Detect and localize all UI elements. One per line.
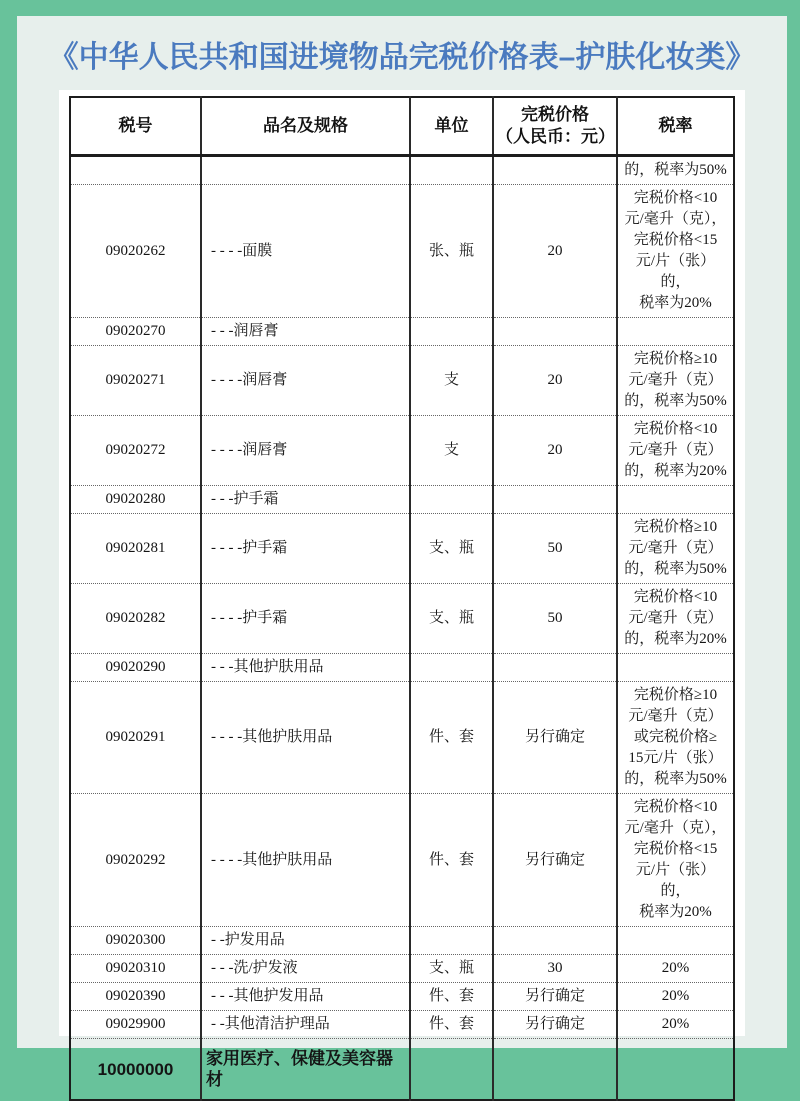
cell-unit: 件、套: [410, 794, 493, 927]
table-row: 09029900 - -其他清洁护理品 件、套 另行确定 20%: [70, 1011, 734, 1039]
table-row: 09020310 - - -洗/护发液 支、瓶 30 20%: [70, 955, 734, 983]
cell-name: - - -洗/护发液: [201, 955, 410, 983]
cell-rate: 完税价格<10 元/毫升（克） 的，税率为20%: [617, 584, 734, 654]
cell-price: 20: [493, 185, 617, 318]
col-header-tax-no: 税号: [70, 97, 201, 156]
cell-rate: 完税价格≥10 元/毫升（克） 的，税率为50%: [617, 514, 734, 584]
cell-unit: 件、套: [410, 682, 493, 794]
cell-price: 20: [493, 416, 617, 486]
cell-unit: 支、瓶: [410, 584, 493, 654]
cell-price: 另行确定: [493, 1011, 617, 1039]
table-card: 税号 品名及规格 单位 完税价格 （人民币：元） 税率 的，税率为50% 090…: [59, 90, 745, 1036]
cell-name: - -其他清洁护理品: [201, 1011, 410, 1039]
cell-tax-no: 09020272: [70, 416, 201, 486]
table-row: 09020291 - - - -其他护肤用品 件、套 另行确定 完税价格≥10 …: [70, 682, 734, 794]
cell-tax-no: 09020271: [70, 346, 201, 416]
cell-rate: 20%: [617, 1011, 734, 1039]
cell-price: [493, 654, 617, 682]
table-row: 09020281 - - - -护手霜 支、瓶 50 完税价格≥10 元/毫升（…: [70, 514, 734, 584]
cell-name: [201, 156, 410, 185]
table-row: 09020271 - - - -润唇膏 支 20 完税价格≥10 元/毫升（克）…: [70, 346, 734, 416]
cell-price: [493, 486, 617, 514]
cell-unit: 张、瓶: [410, 185, 493, 318]
table-row: 09020390 - - -其他护发用品 件、套 另行确定 20%: [70, 983, 734, 1011]
cell-unit: [410, 654, 493, 682]
cell-rate: 完税价格<10 元/毫升（克）， 完税价格<15 元/片（张）的， 税率为20%: [617, 185, 734, 318]
cell-rate: [617, 927, 734, 955]
table-row: 10000000 家用医疗、保健及美容器材: [70, 1039, 734, 1068]
cell-name: - - - -面膜: [201, 185, 410, 318]
cell-price: 另行确定: [493, 983, 617, 1011]
cell-unit: [410, 1039, 493, 1068]
cell-price: [493, 1039, 617, 1068]
cell-tax-no: 09020310: [70, 955, 201, 983]
col-header-unit: 单位: [410, 97, 493, 156]
page-title: 《中华人民共和国进境物品完税价格表–护肤化妆类》: [17, 16, 787, 76]
cell-unit: 支: [410, 346, 493, 416]
cell-tax-no: 09020300: [70, 927, 201, 955]
cell-rate: [617, 1039, 734, 1068]
cell-unit: 支: [410, 416, 493, 486]
cell-rate: 20%: [617, 955, 734, 983]
cell-price: [493, 318, 617, 346]
col-header-tax-rate: 税率: [617, 97, 734, 156]
cell-name: - - - -润唇膏: [201, 416, 410, 486]
cell-unit: [410, 486, 493, 514]
cell-tax-no: 09020282: [70, 584, 201, 654]
cell-unit: [410, 318, 493, 346]
cell-unit: 支、瓶: [410, 514, 493, 584]
cell-price: [493, 156, 617, 185]
cell-unit: 支、瓶: [410, 955, 493, 983]
cell-tax-no: 09020290: [70, 654, 201, 682]
cell-name: 家用医疗、保健及美容器材: [201, 1039, 410, 1068]
cell-unit: 件、套: [410, 983, 493, 1011]
cell-rate: 完税价格≥10 元/毫升（克） 或完税价格≥ 15元/片（张） 的，税率为50%: [617, 682, 734, 794]
cell-tax-no: 09029900: [70, 1011, 201, 1039]
cell-tax-no: 09020291: [70, 682, 201, 794]
cell-name: - - - -护手霜: [201, 514, 410, 584]
table-row: 09020292 - - - -其他护肤用品 件、套 另行确定 完税价格<10 …: [70, 794, 734, 927]
cell-name: - - -润唇膏: [201, 318, 410, 346]
cell-name: - - -护手霜: [201, 486, 410, 514]
table-row: 09020270 - - -润唇膏: [70, 318, 734, 346]
col-header-dutiable-price: 完税价格 （人民币：元）: [493, 97, 617, 156]
cell-rate: 20%: [617, 983, 734, 1011]
cell-unit: 件、套: [410, 1011, 493, 1039]
cell-tax-no: [70, 156, 201, 185]
col-header-name-spec: 品名及规格: [201, 97, 410, 156]
table-row: 09020272 - - - -润唇膏 支 20 完税价格<10 元/毫升（克）…: [70, 416, 734, 486]
cell-rate: 的，税率为50%: [617, 156, 734, 185]
cell-tax-no: 09020292: [70, 794, 201, 927]
table-row: 09020282 - - - -护手霜 支、瓶 50 完税价格<10 元/毫升（…: [70, 584, 734, 654]
table-row: 09020290 - - -其他护肤用品: [70, 654, 734, 682]
cell-price: 另行确定: [493, 682, 617, 794]
cell-unit: [410, 156, 493, 185]
cell-name: - - - -润唇膏: [201, 346, 410, 416]
cell-rate: [617, 654, 734, 682]
cell-price: 30: [493, 955, 617, 983]
cell-tax-no: 10000000: [70, 1039, 201, 1068]
cell-name: - - -其他护发用品: [201, 983, 410, 1011]
cell-price: [493, 927, 617, 955]
cell-price: 20: [493, 346, 617, 416]
table-body: 的，税率为50% 09020262 - - - -面膜 张、瓶 20 完税价格<…: [70, 156, 734, 1068]
cell-name: - - - -其他护肤用品: [201, 682, 410, 794]
cell-name: - - -其他护肤用品: [201, 654, 410, 682]
cell-price: 50: [493, 514, 617, 584]
cell-name: - - - -护手霜: [201, 584, 410, 654]
cell-tax-no: 09020281: [70, 514, 201, 584]
cell-rate: [617, 486, 734, 514]
cell-tax-no: 09020280: [70, 486, 201, 514]
cell-rate: 完税价格≥10 元/毫升（克） 的，税率为50%: [617, 346, 734, 416]
table-row: 09020262 - - - -面膜 张、瓶 20 完税价格<10 元/毫升（克…: [70, 185, 734, 318]
page-background: 《中华人民共和国进境物品完税价格表–护肤化妆类》 税号 品名及规格 单位 完税价…: [17, 16, 787, 1048]
table-row: 09020300 - -护发用品: [70, 927, 734, 955]
cell-rate: [617, 318, 734, 346]
cell-tax-no: 09020270: [70, 318, 201, 346]
cell-unit: [410, 927, 493, 955]
header-row: 税号 品名及规格 单位 完税价格 （人民币：元） 税率: [70, 97, 734, 156]
cell-tax-no: 09020262: [70, 185, 201, 318]
cell-name: - -护发用品: [201, 927, 410, 955]
cell-rate: 完税价格<10 元/毫升（克）， 完税价格<15 元/片（张）的， 税率为20%: [617, 794, 734, 927]
tariff-table: 税号 品名及规格 单位 完税价格 （人民币：元） 税率 的，税率为50% 090…: [69, 96, 735, 1067]
cell-rate: 完税价格<10 元/毫升（克） 的，税率为20%: [617, 416, 734, 486]
cell-price: 另行确定: [493, 794, 617, 927]
table-row: 09020280 - - -护手霜: [70, 486, 734, 514]
cell-tax-no: 09020390: [70, 983, 201, 1011]
cell-price: 50: [493, 584, 617, 654]
table-row: 的，税率为50%: [70, 156, 734, 185]
cell-name: - - - -其他护肤用品: [201, 794, 410, 927]
